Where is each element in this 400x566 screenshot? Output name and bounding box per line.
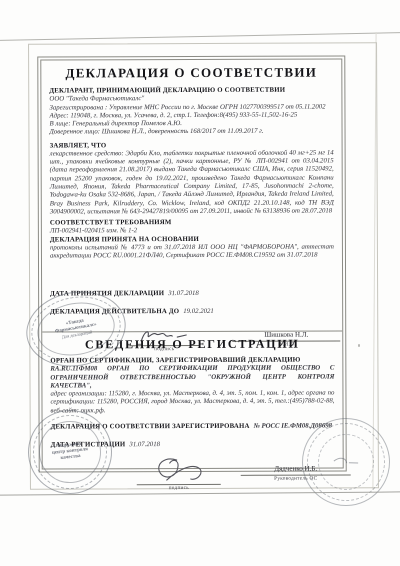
valid-until-value: 19.02.2021 [183, 307, 214, 314]
valid-until-label: ДЕКЛАРАЦИЯ ДЕЙСТВИТЕЛЬНА ДО [50, 308, 179, 315]
registration-title: СВЕДЕНИЯ О РЕГИСТРАЦИИ [50, 337, 334, 353]
signature-label: подпись [137, 485, 221, 492]
declaration-section: ДЕКЛАРАЦИЯ О СООТВЕТСТВИИ ДЕКЛАРАНТ, ПРИ… [41, 59, 342, 332]
registration-section: СВЕДЕНИЯ О РЕГИСТРАЦИИ ОРГАН ПО СЕРТИФИК… [42, 331, 343, 501]
declarant-address: Адрес: 119048, г. Москва, ул. Усачева, д… [49, 111, 333, 120]
signer-name: Дядченко И.Б. [241, 464, 351, 473]
cert-body-name: RA.RU.11ФМ08 ОРГАН ПО СЕРТИФИКАЦИИ ПРОДУ… [50, 365, 334, 391]
registration-number-line: ДЕКЛАРАЦИЯ О СООТВЕТСТВИИ ЗАРЕГИСТРИРОВА… [51, 414, 335, 433]
adoption-date-label: ДАТА ПРИНЯТИЯ ДЕКЛАРАЦИИ [50, 290, 164, 297]
validity-date-line: ДЕКЛАРАЦИЯ ДЕЙСТВИТЕЛЬНА ДО 19.02.2021 [50, 299, 334, 318]
declarant-attorney: Доверенное лицо: Шишкова Н.Л., доверенно… [50, 128, 334, 137]
declaration-title: ДЕКЛАРАЦИЯ О СООТВЕТСТВИИ [49, 65, 333, 82]
basis-text: протоколы испытаний № 4773 и от 31.07.20… [50, 243, 334, 261]
reg-date-label: ДАТА РЕГИСТРАЦИИ [51, 441, 126, 448]
paper-edge-line [0, 32, 400, 41]
registered-label: ДЕКЛАРАЦИЯ О СООТВЕТСТВИИ ЗАРЕГИСТРИРОВА… [51, 423, 250, 431]
scan-speck [358, 344, 360, 347]
document-inner-frame: ДЕКЛАРАЦИЯ О СООТВЕТСТВИИ ДЕКЛАРАНТ, ПРИ… [40, 58, 343, 469]
signer-role: Руководитель ОС [241, 475, 351, 482]
document-frame: ДЕКЛАРАЦИЯ О СООТВЕТСТВИИ ДЕКЛАРАНТ, ПРИ… [37, 55, 346, 472]
cert-body-address: адрес организации: 115280, г. Москва, ул… [50, 390, 334, 416]
registration-date-line: ДАТА РЕГИСТРАЦИИ 31.07.2018 [51, 432, 335, 451]
reg-date-value: 31.07.2018 [129, 441, 160, 448]
adoption-date-line: ДАТА ПРИНЯТИЯ ДЕКЛАРАЦИИ 31.07.2018 [50, 281, 334, 300]
scanned-document-page: ДЕКЛАРАЦИЯ О СООТВЕТСТВИИ ДЕКЛАРАНТ, ПРИ… [0, 0, 400, 566]
product-description: лекарственное средство: Эдарби Кло, табл… [50, 149, 334, 216]
signature-scribble [147, 455, 211, 483]
registered-number: № РОСС IE.ФМ08.Д08698 [254, 422, 332, 429]
adoption-date-value: 31.07.2018 [168, 290, 199, 297]
certifier-signature-block: подпись [137, 455, 221, 492]
certifier-name-block: Дядченко И.Б. Руководитель ОС [241, 464, 351, 482]
